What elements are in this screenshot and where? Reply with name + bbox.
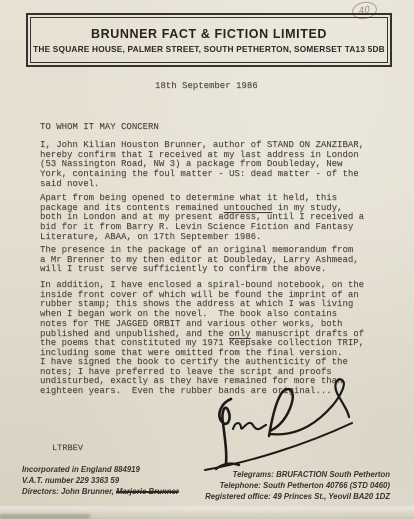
letterhead-inner: BRUNNER FACT & FICTION LIMITED THE SQUAR… bbox=[30, 17, 388, 63]
footer-left: Incorporated in England 884919 V.A.T. nu… bbox=[22, 464, 179, 497]
footer-right: Telegrams: BRUFACTION South Petherton Te… bbox=[205, 469, 390, 502]
reference-code: LTRBEV bbox=[52, 444, 83, 454]
paragraph-3: The presence in the package of an origin… bbox=[40, 246, 380, 275]
paragraph-2: Apart from being opened to determine wha… bbox=[40, 194, 380, 243]
paragraph-1: I, John Kilian Houston Brunner, author o… bbox=[40, 141, 380, 190]
footer-vat-number: V.A.T. number 229 3363 59 bbox=[22, 475, 179, 486]
letter-page: 40 BRUNNER FACT & FICTION LIMITED THE SQ… bbox=[0, 0, 414, 519]
letter-date: 18th September 1986 bbox=[155, 82, 258, 92]
scan-bottom-shadow bbox=[0, 514, 90, 519]
footer-registered-office: Registered office: 49 Princes St., Yeovi… bbox=[205, 491, 390, 502]
footer-telegrams: Telegrams: BRUFACTION South Petherton bbox=[205, 469, 390, 480]
footer-director-struck: Marjorie Brunner bbox=[116, 487, 179, 496]
paragraph-4: In addition, I have enclosed a spiral-bo… bbox=[40, 281, 380, 359]
paragraph-4-underlined-word: only bbox=[229, 329, 251, 339]
signature-john-brunner bbox=[195, 373, 360, 478]
company-name: BRUNNER FACT & FICTION LIMITED bbox=[91, 27, 327, 41]
paragraph-2-underlined-word: untouched bbox=[224, 203, 273, 213]
footer-directors-prefix: Directors: John Brunner, bbox=[22, 487, 116, 496]
salutation: TO WHOM IT MAY CONCERN bbox=[40, 123, 159, 133]
footer-telephone: Telephone: South Petherton 40766 (STD 04… bbox=[205, 480, 390, 491]
letterhead-box: BRUNNER FACT & FICTION LIMITED THE SQUAR… bbox=[26, 13, 392, 67]
footer-directors: Directors: John Brunner, Marjorie Brunne… bbox=[22, 486, 179, 497]
company-address: THE SQUARE HOUSE, PALMER STREET, SOUTH P… bbox=[33, 44, 385, 54]
footer-incorporation: Incorporated in England 884919 bbox=[22, 464, 179, 475]
